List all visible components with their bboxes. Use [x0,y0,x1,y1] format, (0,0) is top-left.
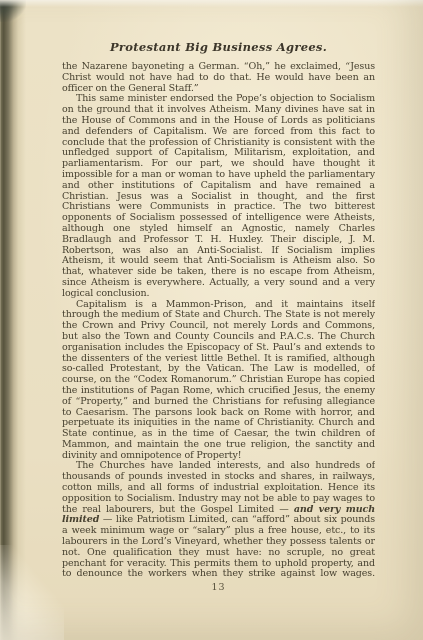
page-corner-fold [0,545,64,640]
paragraph-2: This same minister endorsed the Pope’s o… [62,94,375,299]
running-head: Protestant Big Business Agrees. [62,40,375,54]
page-top-edge-highlight [0,0,423,7]
paragraph-3: Capitalism is a Mammon-Prison, and it ma… [62,300,375,462]
scanned-book-page: Protestant Big Business Agrees. the Naza… [0,0,423,640]
paragraph-4: The Churches have landed interests, and … [62,461,375,580]
paragraph-4-text-after: — like Patriotism Limited, can “afford” … [62,514,375,580]
page-number: 13 [62,582,375,593]
page-binding-edge [0,0,26,640]
paragraph-1: the Nazarene bayoneting a German. “Oh,” … [62,62,375,94]
page-text-block: Protestant Big Business Agrees. the Naza… [62,40,375,580]
